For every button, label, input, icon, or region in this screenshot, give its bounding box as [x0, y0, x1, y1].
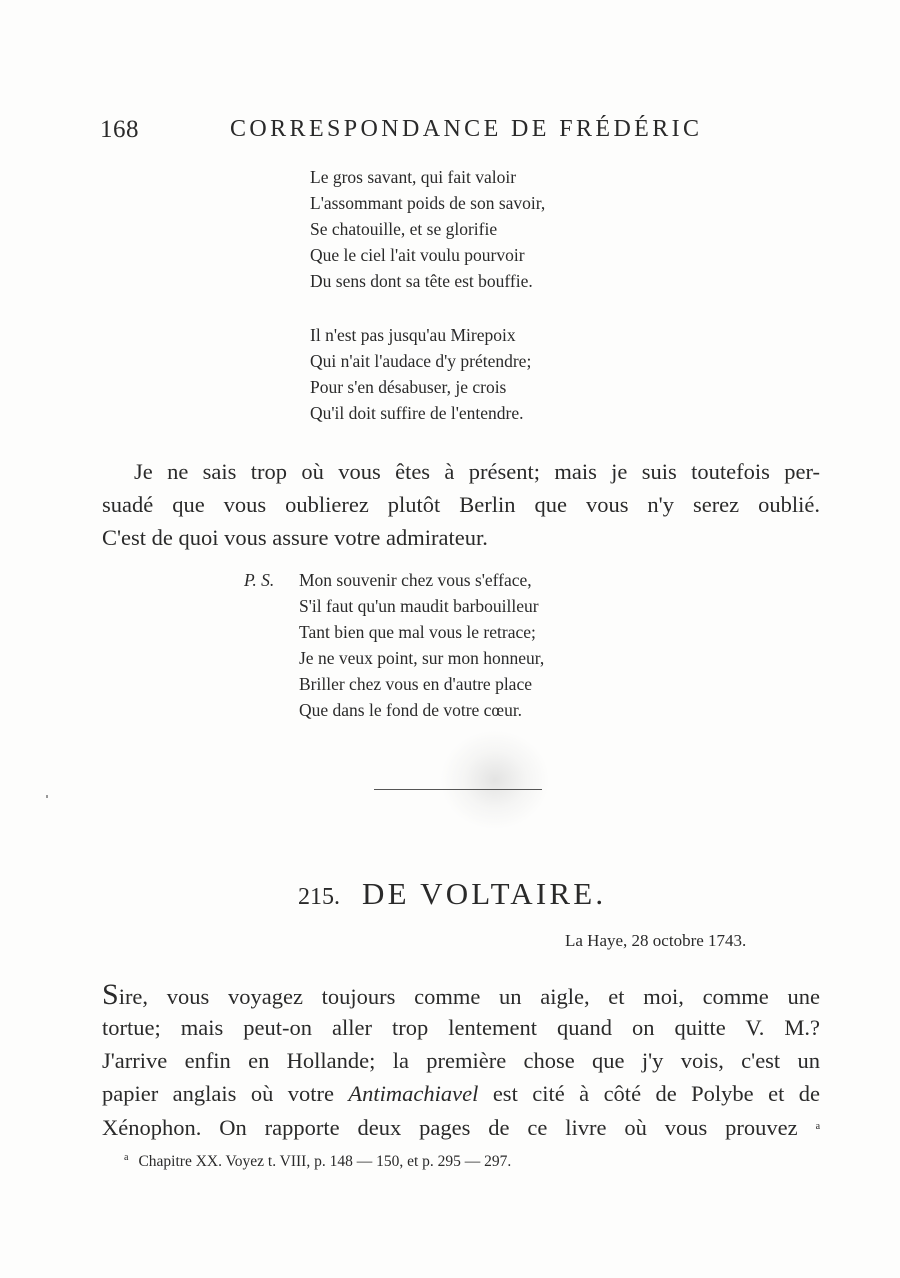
footnote-mark: a [124, 1152, 128, 1163]
verse-line: Je ne veux point, sur mon honneur, [299, 645, 544, 671]
verse-line: S'il faut qu'un maudit barbouilleur [299, 593, 544, 619]
verse-line: Le gros savant, qui fait valoir [310, 164, 545, 190]
prose-line: Sire, vous voyagez toujours comme un aig… [102, 978, 820, 1011]
section-divider-rule [374, 789, 542, 790]
verse-line: Briller chez vous en d'autre place [299, 671, 544, 697]
prose-line: Xénophon. On rapporte deux pages de ce l… [102, 1110, 820, 1143]
verse-line: Tant bien que mal vous le retrace; [299, 619, 544, 645]
poem-stanza-1: Le gros savant, qui fait valoir L'assomm… [310, 164, 545, 294]
verse-line: Se chatouille, et se glorifie [310, 216, 545, 242]
paper-speck [46, 795, 48, 798]
verse-line: Que dans le fond de votre cœur. [299, 697, 544, 723]
verse-line: Qu'il doit suffire de l'entendre. [310, 400, 531, 426]
letter-number: 215. [298, 884, 340, 910]
verse-line: Pour s'en désabuser, je crois [310, 374, 531, 400]
page-number: 168 [100, 116, 139, 144]
prose-line: papier anglais où votre Antimachiavel es… [102, 1077, 820, 1110]
verse-line: Que le ciel l'ait voulu pourvoir [310, 242, 545, 268]
footnote: aChapitre XX. Voyez t. VIII, p. 148 — 15… [124, 1152, 511, 1171]
prose-line: C'est de quoi vous assure votre admirate… [102, 521, 820, 554]
postscript-label: P. S. [244, 567, 274, 593]
prose-line: tortue; mais peut-on aller trop lentemen… [102, 1011, 820, 1044]
book-title: Antimachiavel [348, 1081, 478, 1106]
letter-heading: 215. DE VOLTAIRE. [298, 876, 606, 912]
drop-letter: S [102, 978, 119, 1011]
letter-body: Sire, vous voyagez toujours comme un aig… [102, 978, 820, 1143]
prose-line: Je ne sais trop où vous êtes à présent; … [102, 455, 820, 488]
letter-title: DE VOLTAIRE. [362, 876, 606, 911]
postscript-verse: Mon souvenir chez vous s'efface, S'il fa… [299, 567, 544, 723]
prose-line: suadé que vous oublierez plutôt Berlin q… [102, 488, 820, 521]
verse-line: Du sens dont sa tête est bouffie. [310, 268, 545, 294]
prose-line: J'arrive enfin en Hollande; la première … [102, 1044, 820, 1077]
running-head: 168 CORRESPONDANCE DE FRÉDÉRIC [100, 116, 700, 152]
letter-dateline: La Haye, 28 octobre 1743. [565, 931, 746, 951]
verse-line: L'assommant poids de son savoir, [310, 190, 545, 216]
poem-stanza-2: Il n'est pas jusqu'au Mirepoix Qui n'ait… [310, 322, 531, 426]
verse-line: Qui n'ait l'audace d'y prétendre; [310, 348, 531, 374]
verse-line: Il n'est pas jusqu'au Mirepoix [310, 322, 531, 348]
verse-line: Mon souvenir chez vous s'efface, [299, 567, 544, 593]
closing-paragraph: Je ne sais trop où vous êtes à présent; … [102, 455, 820, 554]
paper-stain [440, 730, 550, 830]
footnote-reference: a [816, 1121, 820, 1132]
running-head-title: CORRESPONDANCE DE FRÉDÉRIC [230, 116, 702, 143]
footnote-text: Chapitre XX. Voyez t. VIII, p. 148 — 150… [138, 1153, 511, 1170]
